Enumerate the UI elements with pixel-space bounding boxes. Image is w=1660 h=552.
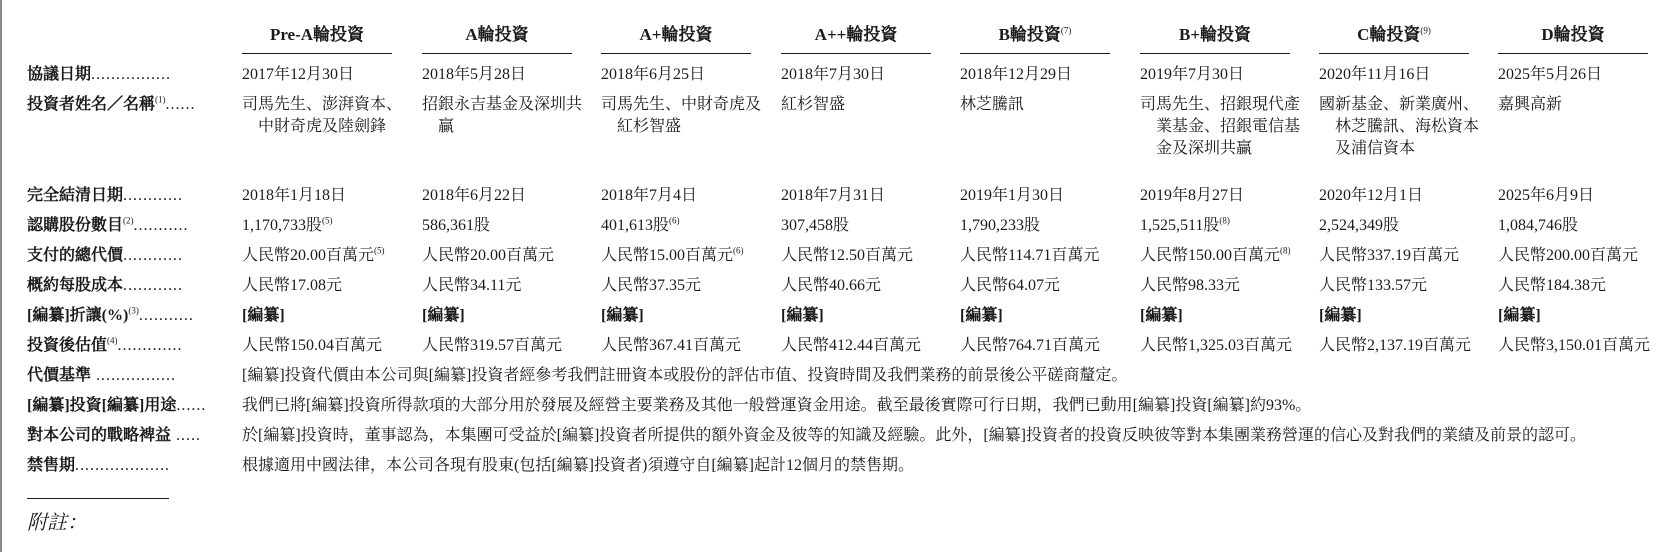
cell-value: 人民幣12.50百萬元 — [781, 247, 913, 264]
leader-dots: ...... — [166, 96, 196, 113]
row-label-post-money-valuation: 投資後估值(4)............. — [27, 335, 217, 357]
cell-agreement-date: 2020年11月16日 — [1319, 64, 1430, 86]
cell-value: 人民幣337.19百萬元 — [1319, 247, 1459, 264]
row-label-text: 禁售期 — [27, 457, 75, 474]
footnote-ref: (5) — [322, 216, 333, 226]
footnote-ref: (2) — [123, 216, 134, 226]
footnote-ref: (5) — [374, 246, 385, 256]
column-header-a: A輪投資 — [422, 22, 572, 54]
row-label-shares-subscribed: 認購股份數目(2)........... — [27, 215, 217, 237]
cell-post-money-valuation: 人民幣367.41百萬元 — [601, 335, 741, 357]
row-label-investor-names: 投資者姓名／名稱(1)...... — [27, 94, 217, 116]
row-label-text: [編纂]投資[編纂]用途 — [27, 397, 176, 414]
leader-dots: ...... — [176, 397, 206, 414]
cell-value: 2,524,349股 — [1319, 217, 1399, 234]
leader-dots: ............. — [118, 337, 183, 354]
cell-total-consideration: 人民幣20.00百萬元 — [422, 245, 554, 267]
cell-cost-per-share: 人民幣34.11元 — [422, 275, 521, 297]
cell-total-consideration: 人民幣15.00百萬元(6) — [601, 245, 744, 267]
cell-settlement-date: 2018年6月22日 — [422, 185, 526, 207]
cell-value: 人民幣20.00百萬元 — [242, 247, 374, 264]
cell-investor-names: 國新基金、新業廣州、林芝騰訊、海松資本及浦信資本 — [1319, 94, 1489, 160]
cell-agreement-date: 2018年12月29日 — [960, 64, 1072, 86]
leader-dots: ............ — [123, 247, 183, 264]
leader-dots: ........... — [134, 217, 189, 234]
footnote-ref: (6) — [733, 246, 744, 256]
cell-discount-redacted: [編纂] — [781, 305, 824, 327]
cell-value: 307,458股 — [781, 217, 849, 234]
row-label-cost-per-share: 概約每股成本............ — [27, 275, 217, 297]
cell-cost-per-share: 人民幣184.38元 — [1498, 275, 1606, 297]
cell-line: 司馬先生、招銀現代產 — [1140, 96, 1300, 113]
row-label-strategic-benefits: 對本公司的戰略裨益 ..... — [27, 425, 217, 447]
cell-post-money-valuation: 人民幣150.04百萬元 — [242, 335, 382, 357]
column-header-c: C輪投資(9) — [1319, 22, 1469, 54]
cell-agreement-date: 2018年7月30日 — [781, 64, 885, 86]
column-header-a-plus-plus: A++輪投資 — [781, 22, 931, 54]
row-label-use-of-proceeds: [編纂]投資[編纂]用途...... — [27, 395, 217, 417]
footnote-ref: (9) — [1420, 25, 1431, 35]
cell-settlement-date: 2018年1月18日 — [242, 185, 346, 207]
cell-discount-redacted: [編纂] — [960, 305, 1003, 327]
row-label-lockup-period: 禁售期................... — [27, 455, 217, 477]
column-header-label: A輪投資 — [465, 25, 528, 44]
cell-line: 司馬先生、澎湃資本、 — [242, 96, 402, 113]
cell-cost-per-share: 人民幣133.57元 — [1319, 275, 1427, 297]
column-header-label: Pre-A輪投資 — [270, 25, 364, 44]
cell-shares-subscribed: 1,790,233股 — [960, 215, 1040, 237]
cell-investor-names: 嘉興高新 — [1498, 94, 1648, 116]
leader-dots: ..... — [171, 427, 201, 444]
row-label-text: [編纂]折讓(%) — [27, 307, 128, 324]
column-header-d: D輪投資 — [1498, 22, 1648, 54]
cell-investor-names: 紅杉智盛 — [781, 94, 951, 116]
cell-value: 1,084,746股 — [1498, 217, 1578, 234]
column-header-pre-a: Pre-A輪投資 — [242, 22, 392, 54]
cell-total-consideration: 人民幣337.19百萬元 — [1319, 245, 1459, 267]
column-header-label: C輪投資 — [1357, 25, 1420, 44]
cell-total-consideration: 人民幣200.00百萬元 — [1498, 245, 1638, 267]
cell-total-consideration: 人民幣20.00百萬元(5) — [242, 245, 385, 267]
column-header-a-plus: A+輪投資 — [601, 22, 751, 54]
leader-dots: ........... — [139, 307, 194, 324]
cell-value: 1,790,233股 — [960, 217, 1040, 234]
footnote-ref: (7) — [1061, 25, 1072, 35]
consideration-basis-text: [編纂]投資代價由本公司與[編纂]投資者經參考我們註冊資本或股份的評估市值、投資… — [242, 365, 1127, 387]
cell-settlement-date: 2020年12月1日 — [1319, 185, 1423, 207]
cell-discount-redacted: [編纂] — [1140, 305, 1183, 327]
cell-line: 業基金、招銀電信基 — [1140, 116, 1310, 138]
row-label-text: 投資者姓名／名稱 — [27, 96, 155, 113]
column-header-b: B輪投資(7) — [960, 22, 1110, 54]
row-label-text: 協議日期 — [27, 66, 91, 83]
cell-post-money-valuation: 人民幣2,137.19百萬元 — [1319, 335, 1471, 357]
leader-dots: ............ — [123, 277, 183, 294]
row-label-text: 完全結清日期 — [27, 187, 123, 204]
cell-line: 贏 — [422, 116, 592, 138]
cell-investor-names: 司馬先生、澎湃資本、中財奇虎及陸劍鋒 — [242, 94, 412, 138]
leader-dots: ............ — [123, 187, 183, 204]
cell-shares-subscribed: 1,170,733股(5) — [242, 215, 333, 237]
cell-shares-subscribed: 401,613股(6) — [601, 215, 680, 237]
footnote-divider — [27, 498, 169, 499]
cell-shares-subscribed: 2,524,349股 — [1319, 215, 1399, 237]
cell-cost-per-share: 人民幣98.33元 — [1140, 275, 1240, 297]
footnote-ref: (6) — [669, 216, 680, 226]
cell-shares-subscribed: 307,458股 — [781, 215, 849, 237]
row-label-text: 代價基準 — [27, 367, 91, 384]
cell-line: 金及深圳共贏 — [1140, 138, 1310, 160]
cell-settlement-date: 2025年6月9日 — [1498, 185, 1594, 207]
cell-line: 林芝騰訊 — [960, 96, 1024, 113]
cell-total-consideration: 人民幣12.50百萬元 — [781, 245, 913, 267]
cell-agreement-date: 2019年7月30日 — [1140, 64, 1244, 86]
cell-investor-names: 林芝騰訊 — [960, 94, 1130, 116]
cell-post-money-valuation: 人民幣319.57百萬元 — [422, 335, 562, 357]
strategic-benefits-text: 於[編纂]投資時，董事認為，本集團可受益於[編纂]投資者所提供的額外資金及彼等的… — [242, 425, 1586, 447]
cell-investor-names: 司馬先生、招銀現代產業基金、招銀電信基金及深圳共贏 — [1140, 94, 1310, 160]
cell-shares-subscribed: 1,084,746股 — [1498, 215, 1578, 237]
column-header-label: A+輪投資 — [640, 25, 713, 44]
cell-cost-per-share: 人民幣17.08元 — [242, 275, 342, 297]
footnote-ref: (8) — [1219, 216, 1230, 226]
cell-discount-redacted: [編纂] — [1319, 305, 1362, 327]
cell-line: 及浦信資本 — [1319, 138, 1489, 160]
cell-settlement-date: 2019年1月30日 — [960, 185, 1064, 207]
row-label-discount: [編纂]折讓(%)(3)........... — [27, 305, 217, 327]
cell-line: 林芝騰訊、海松資本 — [1319, 116, 1489, 138]
cell-cost-per-share: 人民幣40.66元 — [781, 275, 881, 297]
cell-line: 國新基金、新業廣州、 — [1319, 96, 1479, 113]
cell-cost-per-share: 人民幣37.35元 — [601, 275, 701, 297]
leader-dots: ................... — [75, 457, 170, 474]
cell-line: 紅杉智盛 — [781, 96, 845, 113]
footnote-ref: (3) — [128, 306, 139, 316]
cell-shares-subscribed: 1,525,511股(8) — [1140, 215, 1230, 237]
row-label-consideration-basis: 代價基準 ................ — [27, 365, 217, 387]
cell-discount-redacted: [編纂] — [601, 305, 644, 327]
cell-shares-subscribed: 586,361股 — [422, 215, 490, 237]
cell-value: 人民幣114.71百萬元 — [960, 247, 1099, 264]
row-label-text: 概約每股成本 — [27, 277, 123, 294]
row-label-agreement-date: 協議日期................ — [27, 64, 217, 86]
cell-total-consideration: 人民幣114.71百萬元 — [960, 245, 1099, 267]
cell-settlement-date: 2018年7月4日 — [601, 185, 697, 207]
cell-post-money-valuation: 人民幣412.44百萬元 — [781, 335, 921, 357]
footnote-ref: (1) — [155, 95, 166, 105]
column-header-label: B+輪投資 — [1179, 25, 1251, 44]
cell-value: 人民幣20.00百萬元 — [422, 247, 554, 264]
cell-discount-redacted: [編纂] — [1498, 305, 1541, 327]
cell-discount-redacted: [編纂] — [422, 305, 465, 327]
cell-settlement-date: 2018年7月31日 — [781, 185, 885, 207]
row-label-total-consideration: 支付的總代價............ — [27, 245, 217, 267]
cell-agreement-date: 2025年5月26日 — [1498, 64, 1602, 86]
leader-dots: ................ — [91, 66, 171, 83]
cell-line: 嘉興高新 — [1498, 96, 1562, 113]
cell-line: 司馬先生、中財奇虎及 — [601, 96, 761, 113]
cell-cost-per-share: 人民幣64.07元 — [960, 275, 1060, 297]
cell-value: 1,170,733股 — [242, 217, 322, 234]
cell-value: 401,613股 — [601, 217, 669, 234]
column-header-label: B輪投資 — [999, 25, 1061, 44]
cell-settlement-date: 2019年8月27日 — [1140, 185, 1244, 207]
footnote-title: 附註： — [27, 510, 87, 536]
cell-value: 人民幣15.00百萬元 — [601, 247, 733, 264]
cell-agreement-date: 2018年6月25日 — [601, 64, 705, 86]
row-label-text: 對本公司的戰略裨益 — [27, 427, 171, 444]
cell-investor-names: 招銀永吉基金及深圳共贏 — [422, 94, 592, 138]
row-label-text: 支付的總代價 — [27, 247, 123, 264]
cell-agreement-date: 2018年5月28日 — [422, 64, 526, 86]
cell-post-money-valuation: 人民幣764.71百萬元 — [960, 335, 1100, 357]
cell-post-money-valuation: 人民幣1,325.03百萬元 — [1140, 335, 1292, 357]
cell-investor-names: 司馬先生、中財奇虎及紅杉智盛 — [601, 94, 771, 138]
column-header-label: A++輪投資 — [815, 25, 898, 44]
leader-dots: ................ — [91, 367, 176, 384]
cell-value: 人民幣200.00百萬元 — [1498, 247, 1638, 264]
cell-total-consideration: 人民幣150.00百萬元(8) — [1140, 245, 1291, 267]
cell-line: 中財奇虎及陸劍鋒 — [242, 116, 412, 138]
footnote-ref: (8) — [1280, 246, 1291, 256]
cell-value: 586,361股 — [422, 217, 490, 234]
cell-post-money-valuation: 人民幣3,150.01百萬元 — [1498, 335, 1650, 357]
cell-agreement-date: 2017年12月30日 — [242, 64, 354, 86]
cell-line: 紅杉智盛 — [601, 116, 771, 138]
investment-table-document: Pre-A輪投資 A輪投資 A+輪投資 A++輪投資 B輪投資(7) B+輪投資… — [0, 0, 1660, 552]
cell-discount-redacted: [編纂] — [242, 305, 285, 327]
cell-line: 招銀永吉基金及深圳共 — [422, 96, 582, 113]
cell-value: 1,525,511股 — [1140, 217, 1219, 234]
lockup-period-text: 根據適用中國法律，本公司各現有股東(包括[編纂]投資者)須遵守自[編纂]起計12… — [242, 455, 914, 477]
use-of-proceeds-text: 我們已將[編纂]投資所得款項的大部分用於發展及經營主要業務及其他一般營運資金用途… — [242, 395, 1311, 417]
row-label-text: 投資後估值 — [27, 337, 107, 354]
row-label-text: 認購股份數目 — [27, 217, 123, 234]
row-label-full-settlement-date: 完全結清日期............ — [27, 185, 217, 207]
column-header-b-plus: B+輪投資 — [1140, 22, 1290, 54]
cell-value: 人民幣150.00百萬元 — [1140, 247, 1280, 264]
column-header-label: D輪投資 — [1541, 25, 1604, 44]
footnote-ref: (4) — [107, 336, 118, 346]
